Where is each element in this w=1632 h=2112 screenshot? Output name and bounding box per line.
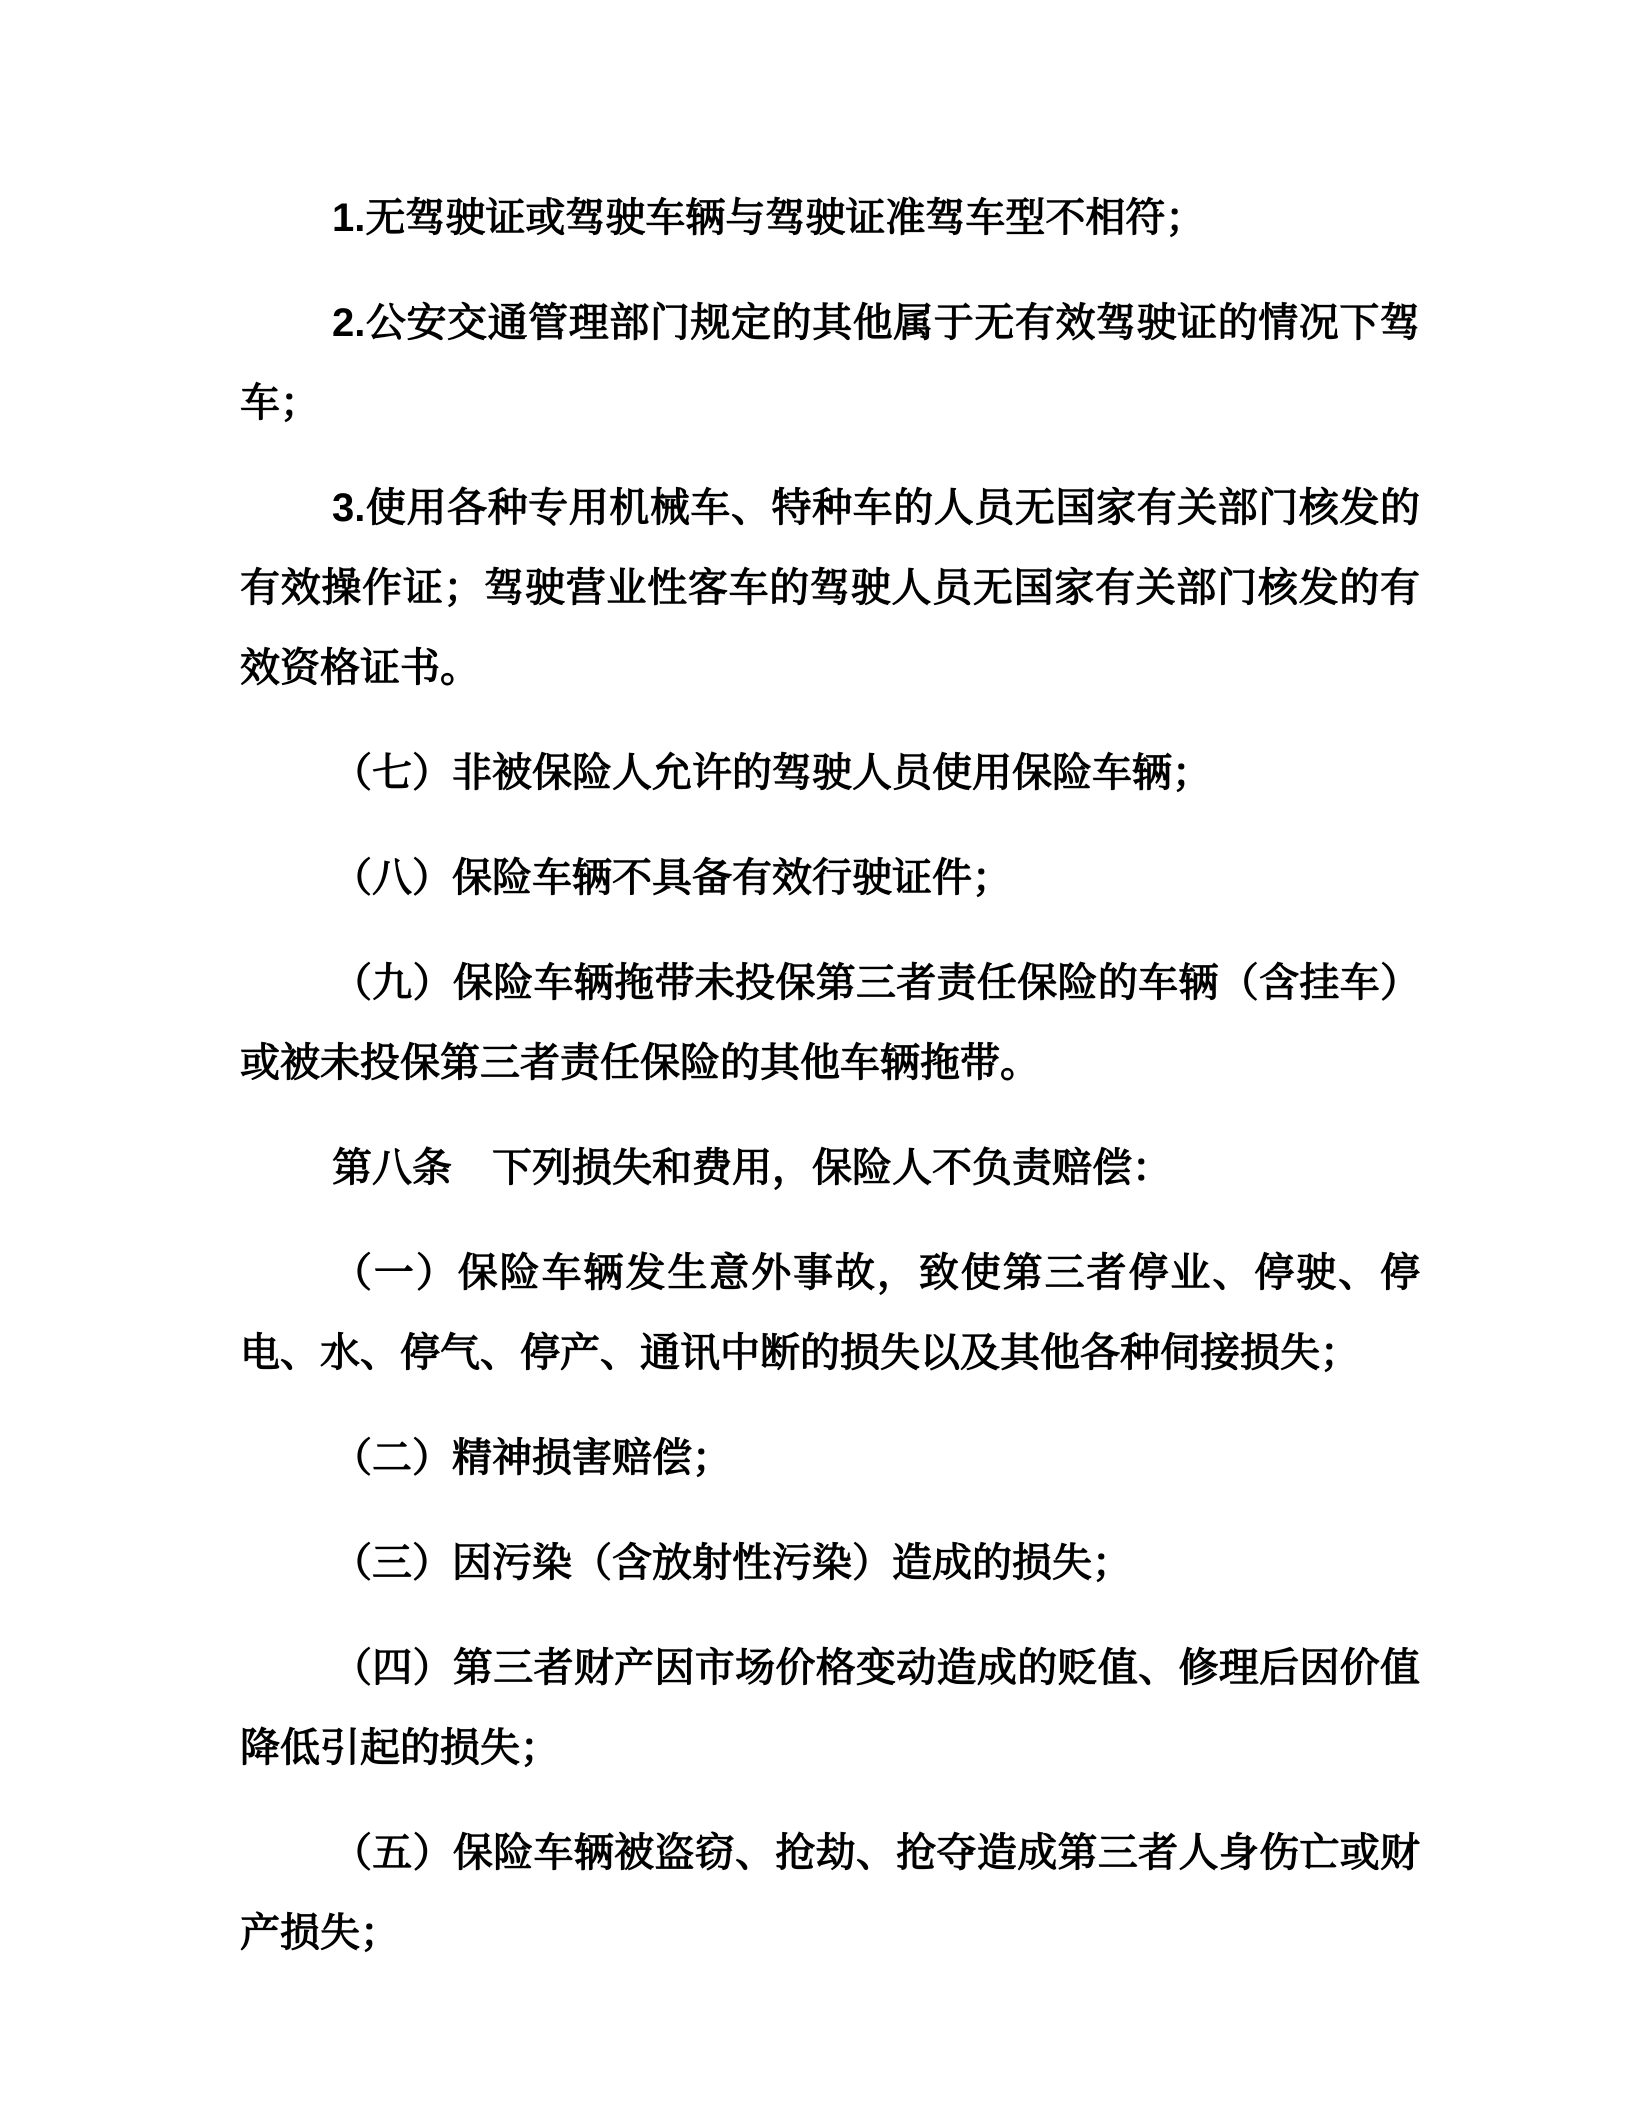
paragraph: （四）第三者财产因市场价格变动造成的贬值、修理后因价值降低引起的损失； [240, 1628, 1420, 1788]
document-page: 1.无驾驶证或驾驶车辆与驾驶证准驾车型不相符；2.公安交通管理部门规定的其他属于… [0, 0, 1632, 2112]
paragraph: （三）因污染（含放射性污染）造成的损失； [240, 1523, 1420, 1603]
paragraph: （七）非被保险人允许的驾驶人员使用保险车辆； [240, 733, 1420, 813]
document-body: 1.无驾驶证或驾驶车辆与驾驶证准驾车型不相符；2.公安交通管理部门规定的其他属于… [240, 178, 1420, 1973]
paragraph: （二）精神损害赔偿； [240, 1418, 1420, 1498]
paragraph: （五）保险车辆被盗窃、抢劫、抢夺造成第三者人身伤亡或财产损失； [240, 1813, 1420, 1973]
paragraph: 1.无驾驶证或驾驶车辆与驾驶证准驾车型不相符； [240, 178, 1420, 258]
paragraph: 3.使用各种专用机械车、特种车的人员无国家有关部门核发的有效操作证；驾驶营业性客… [240, 468, 1420, 708]
paragraph: （八）保险车辆不具备有效行驶证件； [240, 838, 1420, 918]
paragraph: （九）保险车辆拖带未投保第三者责任保险的车辆（含挂车）或被未投保第三者责任保险的… [240, 943, 1420, 1103]
paragraph: （一）保险车辆发生意外事故，致使第三者停业、停驶、停电、水、停气、停产、通讯中断… [240, 1233, 1420, 1393]
paragraph: 2.公安交通管理部门规定的其他属于无有效驾驶证的情况下驾车； [240, 283, 1420, 443]
paragraph: 第八条 下列损失和费用，保险人不负责赔偿： [240, 1128, 1420, 1208]
